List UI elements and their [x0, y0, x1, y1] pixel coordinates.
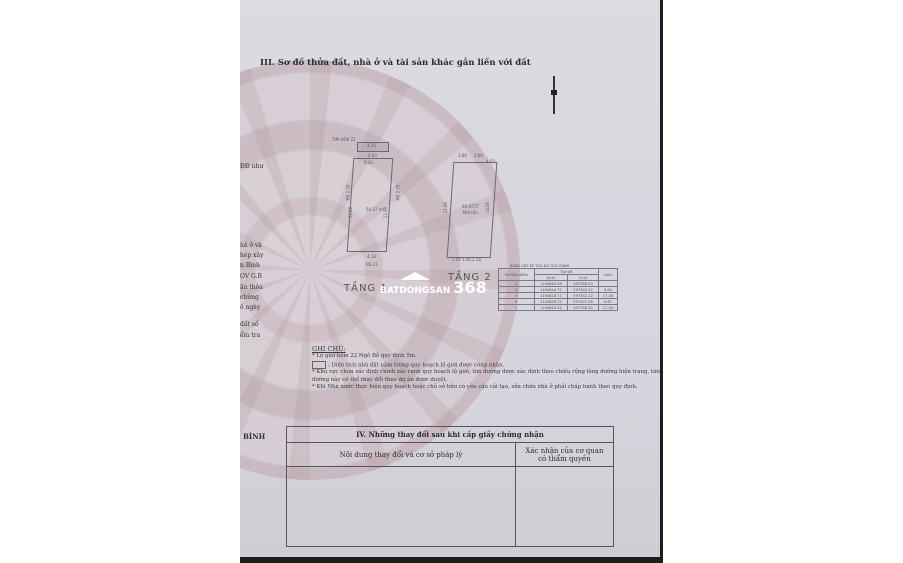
col2-line1: Xác nhận của cơ quan: [525, 447, 603, 455]
table-row: 11194845.44597348.3217.50: [499, 305, 618, 311]
structure-label: KH BTCT: [462, 204, 479, 209]
dim-label: 1.00: [462, 257, 471, 262]
left-fragment: chứng: [240, 293, 259, 304]
column-changes-content: Nội dung thay đổi và cơ sở pháp lý: [287, 443, 516, 467]
note-text: : Diện tích nhà đất nằm trong quy hoạch …: [328, 362, 504, 368]
cell: 1194845.44: [534, 305, 567, 311]
dim-label: NV 2.75: [395, 185, 400, 201]
authority-confirmation-cell: [515, 467, 613, 547]
left-fragment: OV G.B: [240, 272, 262, 283]
emblem-rays: [240, 60, 520, 480]
left-fragment: hà ở và: [240, 241, 262, 252]
note-item: * Lộ giới hẻm 22 Ngô Bệ quy định 5m.: [312, 353, 660, 360]
watermark-brand: BATDONGSAN: [380, 286, 450, 296]
section-4-title: IV. Những thay đổi sau khi cấp giấy chứn…: [287, 427, 614, 443]
dim-label: 1.00: [452, 257, 461, 262]
cell: 597348.32: [568, 305, 599, 311]
road-label: TIM HẺM 22: [332, 137, 356, 142]
left-fragment: ĐĐ như: [240, 162, 263, 173]
document-photo: III. Sơ đồ thửa đất, nhà ở và tài sản kh…: [240, 0, 660, 563]
note-item: * Khi Nhà nước thực hiện quy hoạch hoặc …: [312, 384, 660, 391]
note-item: * Khu vực chưa xác định chính xác ranh q…: [312, 369, 660, 384]
dim-label: 4.15: [367, 143, 376, 148]
coordinate-table: Số hiệu điểm Tọa độ Cạnh X(m) Y(m) 11194…: [498, 268, 618, 311]
left-fragment: ố ngày: [240, 303, 260, 314]
left-fragment: ận thỏa: [240, 283, 263, 294]
left-fragment: hép xây: [240, 251, 264, 262]
column-authority-confirmation: Xác nhận của cơ quancó thẩm quyền: [515, 443, 613, 467]
certificate-page: III. Sơ đồ thửa đất, nhà ở và tài sản kh…: [240, 0, 660, 557]
house-icon: [400, 272, 430, 286]
photo-edge: [660, 0, 663, 563]
area-label: 54.37 m²: [366, 207, 384, 212]
dim-label: 11.80: [348, 207, 353, 218]
left-fragment: ểm tra: [240, 331, 260, 342]
cell: 1: [499, 305, 535, 311]
dim-label: 11.80: [443, 202, 448, 213]
north-arrow-icon: [553, 76, 555, 114]
signature-fragment: BÌNH: [243, 432, 265, 441]
section-3-title: III. Sơ đồ thửa đất, nhà ở và tài sản kh…: [260, 58, 531, 68]
dim-label: 2.28: [472, 257, 481, 262]
left-fragment: n Bình: [240, 261, 260, 272]
col2-line2: có thẩm quyền: [538, 455, 591, 463]
dim-label: 14.00: [485, 202, 490, 213]
structure-label: Mái tôn: [463, 210, 478, 215]
header-edge: Cạnh: [598, 269, 617, 281]
header-point: Số hiệu điểm: [499, 269, 535, 281]
dim-label: 4.18: [367, 254, 376, 259]
lot-1-boundary: [347, 158, 394, 252]
dim-label: 3.00: [474, 153, 483, 158]
legend-box-icon: [312, 361, 326, 369]
changes-content-cell: [287, 467, 516, 547]
dim-label: 1.80: [458, 153, 467, 158]
notes-section: GHI CHÚ: * Lộ giới hẻm 22 Ngô Bệ quy địn…: [312, 346, 660, 391]
watermark-number: 368: [453, 280, 486, 296]
changes-table: IV. Những thay đổi sau khi cấp giấy chứn…: [286, 426, 614, 547]
left-fragment: đất số: [240, 320, 259, 331]
cell: 17.50: [598, 305, 617, 311]
left-margin: [0, 0, 240, 563]
dim-label: NS 21: [366, 262, 378, 267]
batdongsan-watermark: BATDONGSAN 368: [380, 272, 487, 296]
dim-label: NV 2.35: [345, 185, 350, 201]
